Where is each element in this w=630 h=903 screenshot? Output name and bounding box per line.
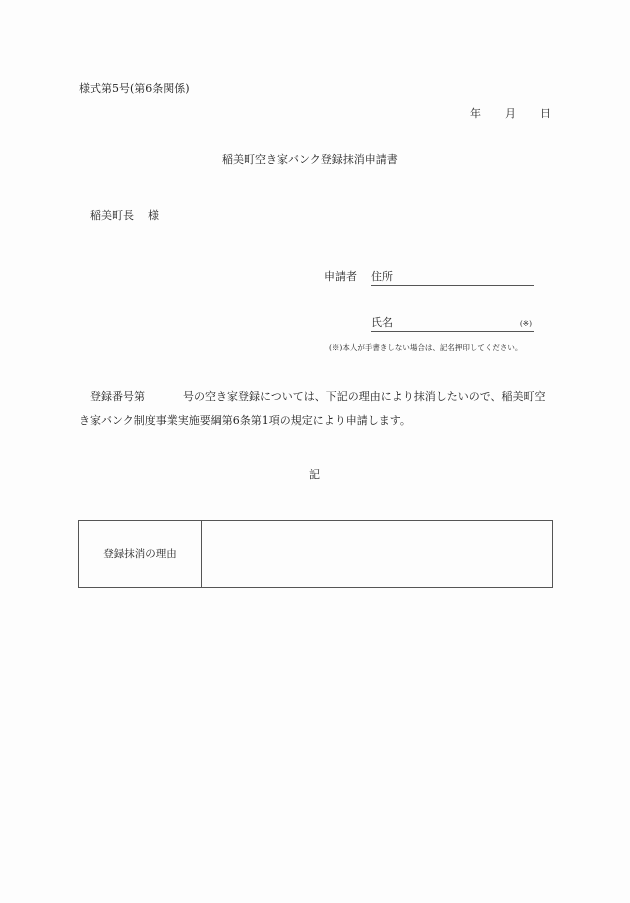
- ki-heading: 記: [309, 468, 320, 482]
- applicant-label: 申請者: [324, 270, 357, 284]
- reason-table: 登録抹消の理由: [78, 520, 553, 588]
- date-day-label: 日: [540, 107, 551, 121]
- signature-note: (※)本人が手書きしない場合は、記名押印してください。: [329, 343, 522, 353]
- body-part1: 登録番号第: [90, 390, 145, 403]
- address-field[interactable]: 住所: [371, 270, 534, 286]
- addressee-honorific: 様: [148, 209, 159, 222]
- name-label: 氏名: [371, 316, 393, 329]
- reason-input-cell[interactable]: [202, 521, 553, 588]
- form-number: 様式第5号(第6条関係): [79, 82, 190, 96]
- body-part2: 号の空き家登録については、下記の理由により抹消したいので、稲美町空き家バンク制度…: [79, 390, 546, 427]
- date-year-label: 年: [470, 107, 481, 121]
- document-title: 稲美町空き家バンク登録抹消申請書: [222, 153, 398, 167]
- reason-label: 登録抹消の理由: [79, 521, 202, 588]
- address-label: 住所: [371, 270, 393, 283]
- name-field[interactable]: 氏名 (※): [371, 316, 534, 332]
- seal-required-mark: (※): [520, 319, 532, 329]
- addressee-name: 稲美町長: [90, 209, 134, 222]
- table-row: 登録抹消の理由: [79, 521, 553, 588]
- date-line: 年月日: [470, 107, 551, 121]
- addressee: 稲美町長様: [90, 209, 159, 223]
- application-body-text: 登録番号第号の空き家登録については、下記の理由により抹消したいので、稲美町空き家…: [79, 385, 554, 433]
- date-month-label: 月: [505, 107, 516, 121]
